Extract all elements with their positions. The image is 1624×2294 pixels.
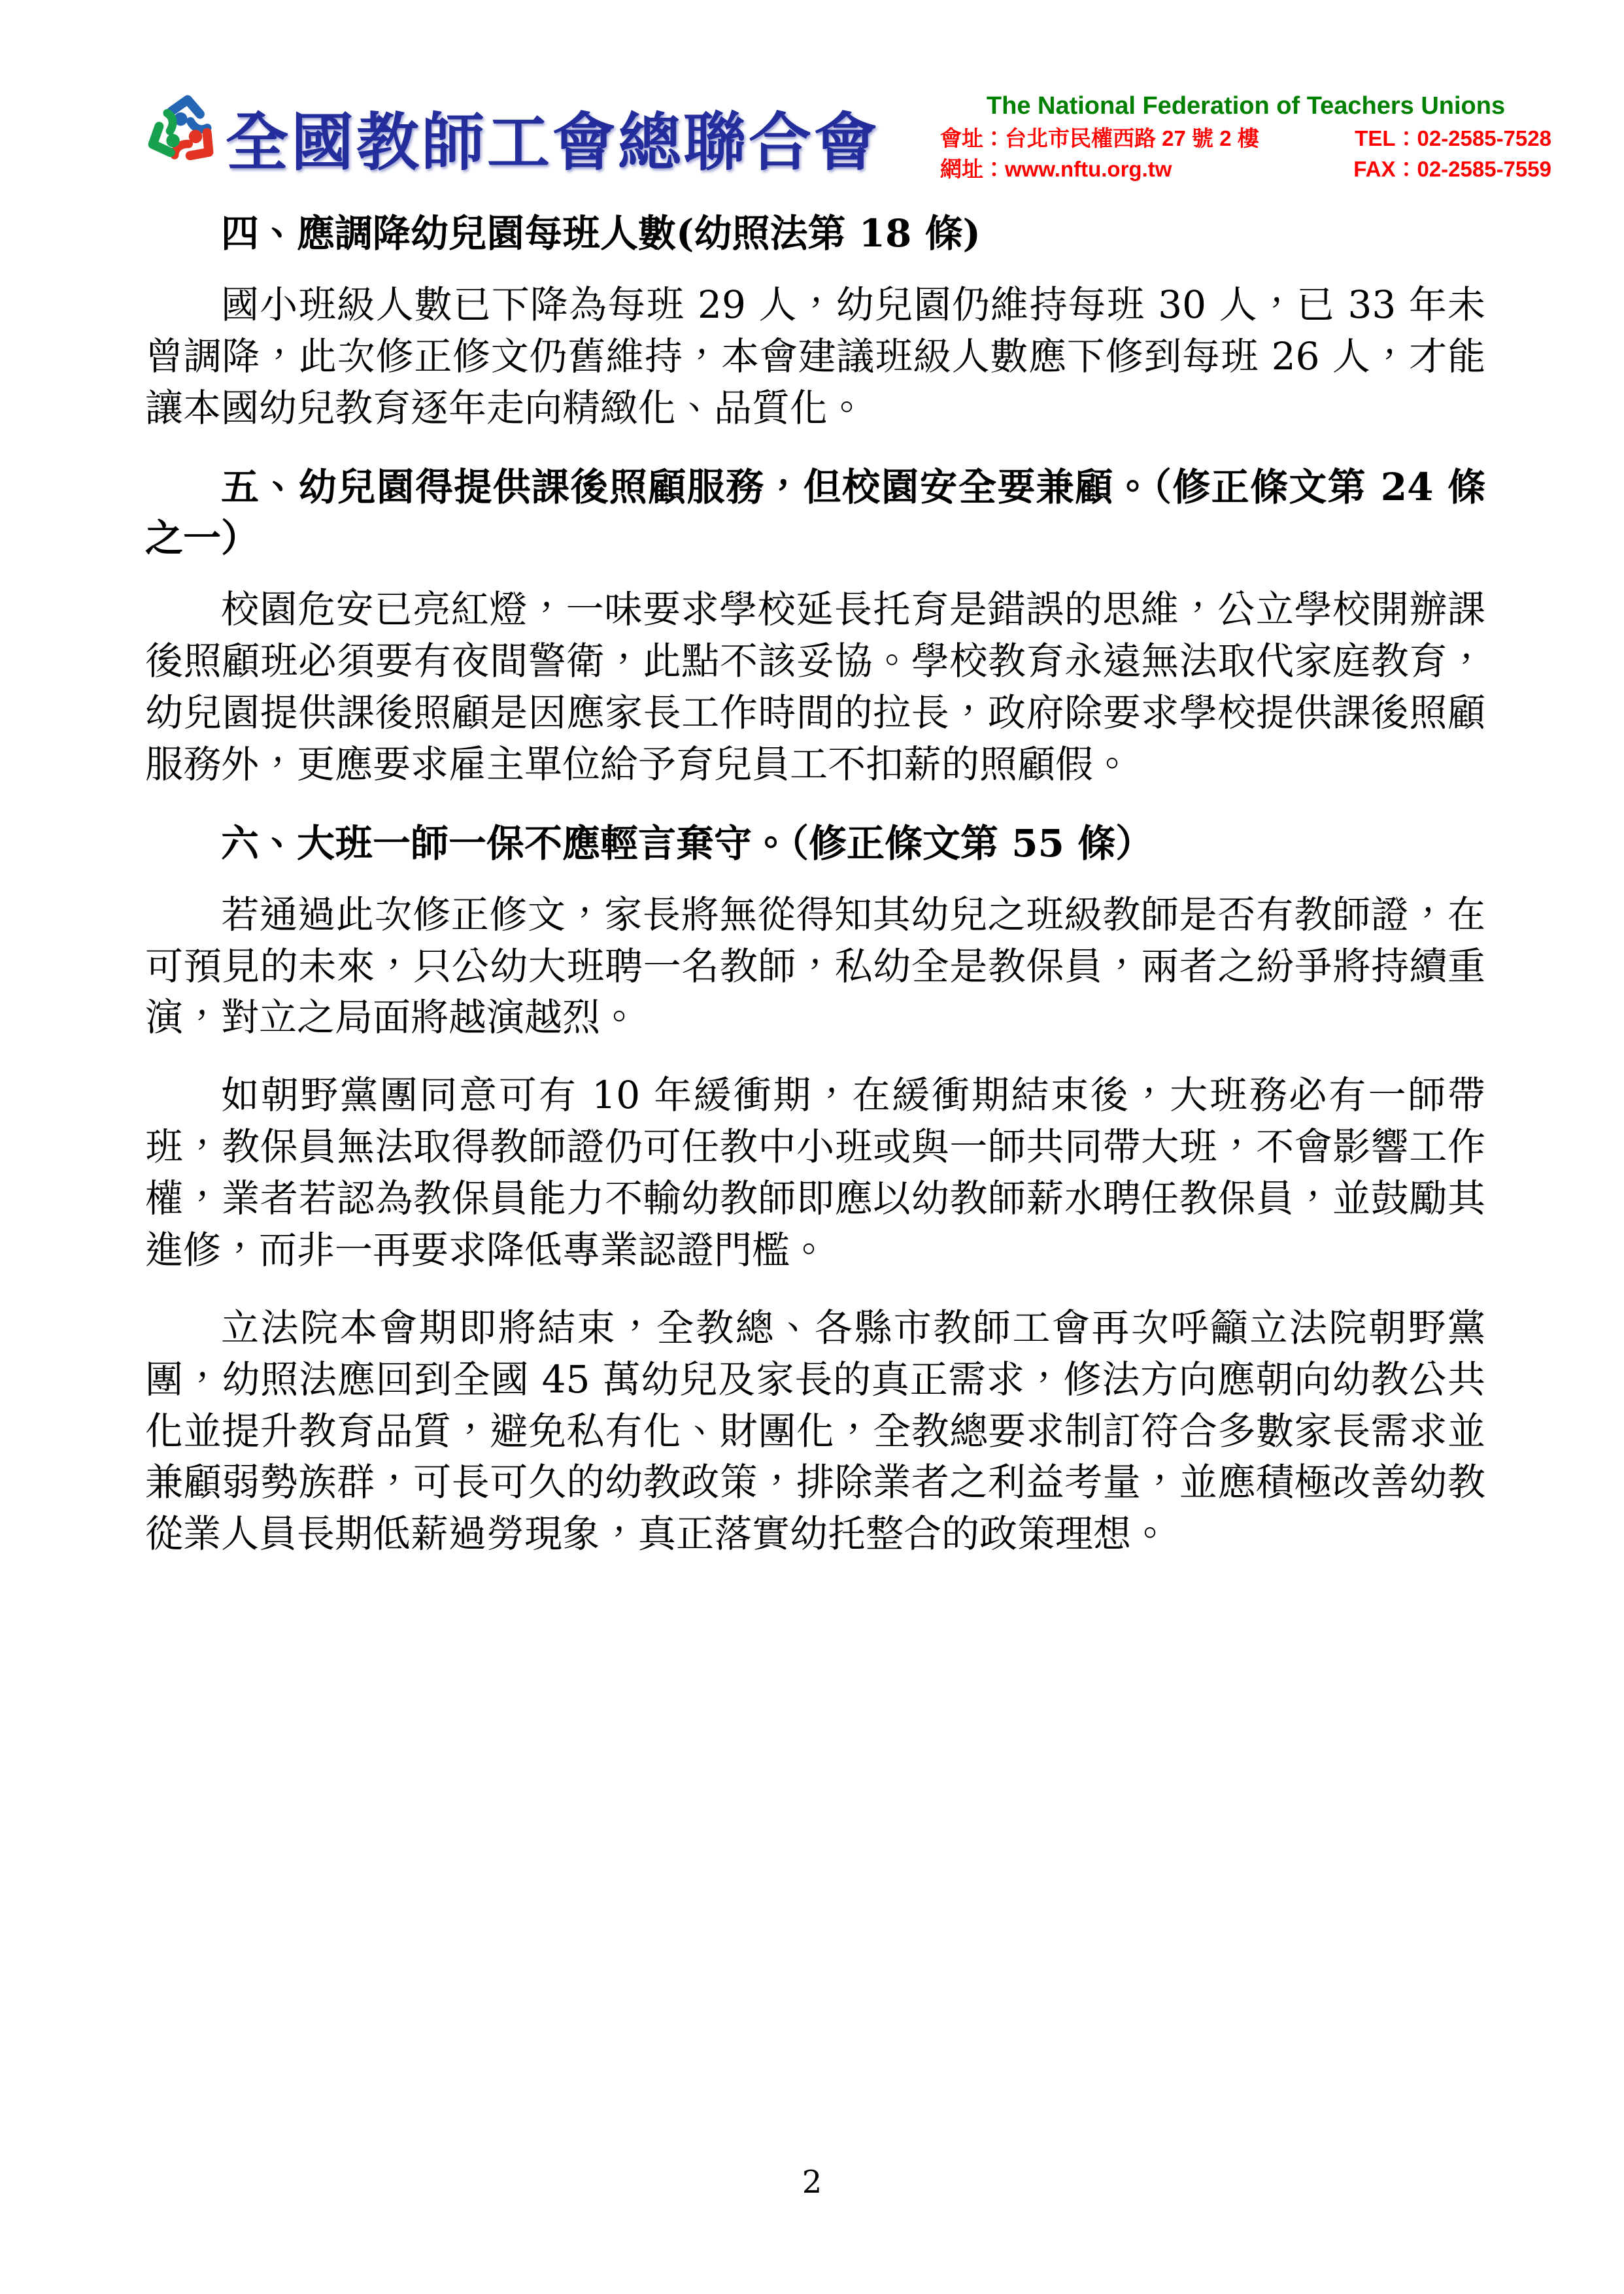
section-heading-5: 五、幼兒園得提供課後照顧服務，但校園安全要兼顧。（修正條文第 24 條之一） — [145, 462, 1485, 565]
page-number: 2 — [0, 2164, 1624, 2201]
website-text: 網址：www.nftu.org.tw — [940, 157, 1172, 182]
letterhead: 全國教師工會總聯合會 The National Federation of Te… — [0, 0, 1624, 196]
section-6-paragraph-3: 立法院本會期即將結束，全教總、各縣市教師工會再次呼籲立法院朝野黨團，幼照法應回到… — [145, 1302, 1485, 1560]
contact-row-2: 網址：www.nftu.org.tw FAX：02-2585-7559 — [940, 157, 1551, 182]
org-name-zh: 全國教師工會總聯合會 — [226, 93, 879, 182]
document-page: 全國教師工會總聯合會 The National Federation of Te… — [0, 0, 1624, 2294]
address-text: 會址：台北市民權西路 27 號 2 樓 — [940, 126, 1259, 152]
nftu-logo-icon — [139, 90, 228, 174]
contact-block: The National Federation of Teachers Unio… — [940, 92, 1551, 182]
contact-row-1: 會址：台北市民權西路 27 號 2 樓 TEL：02-2585-7528 — [940, 126, 1551, 152]
tel-text: TEL：02-2585-7528 — [1355, 126, 1551, 152]
document-body: 四、應調降幼兒園每班人數(幼照法第 18 條) 國小班級人數已下降為每班 29 … — [145, 203, 1485, 1586]
org-name-en: The National Federation of Teachers Unio… — [940, 92, 1551, 121]
section-6-paragraph-1: 若通過此次修正修文，家長將無從得知其幼兒之班級教師是否有教師證，在可預見的未來，… — [145, 889, 1485, 1044]
section-heading-4: 四、應調降幼兒園每班人數(幼照法第 18 條) — [145, 208, 1485, 260]
section-6-paragraph-2: 如朝野黨團同意可有 10 年緩衝期，在緩衝期結束後，大班務必有一師帶班，教保員無… — [145, 1070, 1485, 1276]
fax-text: FAX：02-2585-7559 — [1353, 157, 1551, 182]
section-heading-6: 六、大班一師一保不應輕言棄守。（修正條文第 55 條） — [145, 818, 1485, 869]
section-4-paragraph-1: 國小班級人數已下降為每班 29 人，幼兒園仍維持每班 30 人，已 33 年未曾… — [145, 279, 1485, 434]
section-5-paragraph-1: 校園危安已亮紅燈，一味要求學校延長托育是錯誤的思維，公立學校開辦課後照顧班必須要… — [145, 584, 1485, 790]
